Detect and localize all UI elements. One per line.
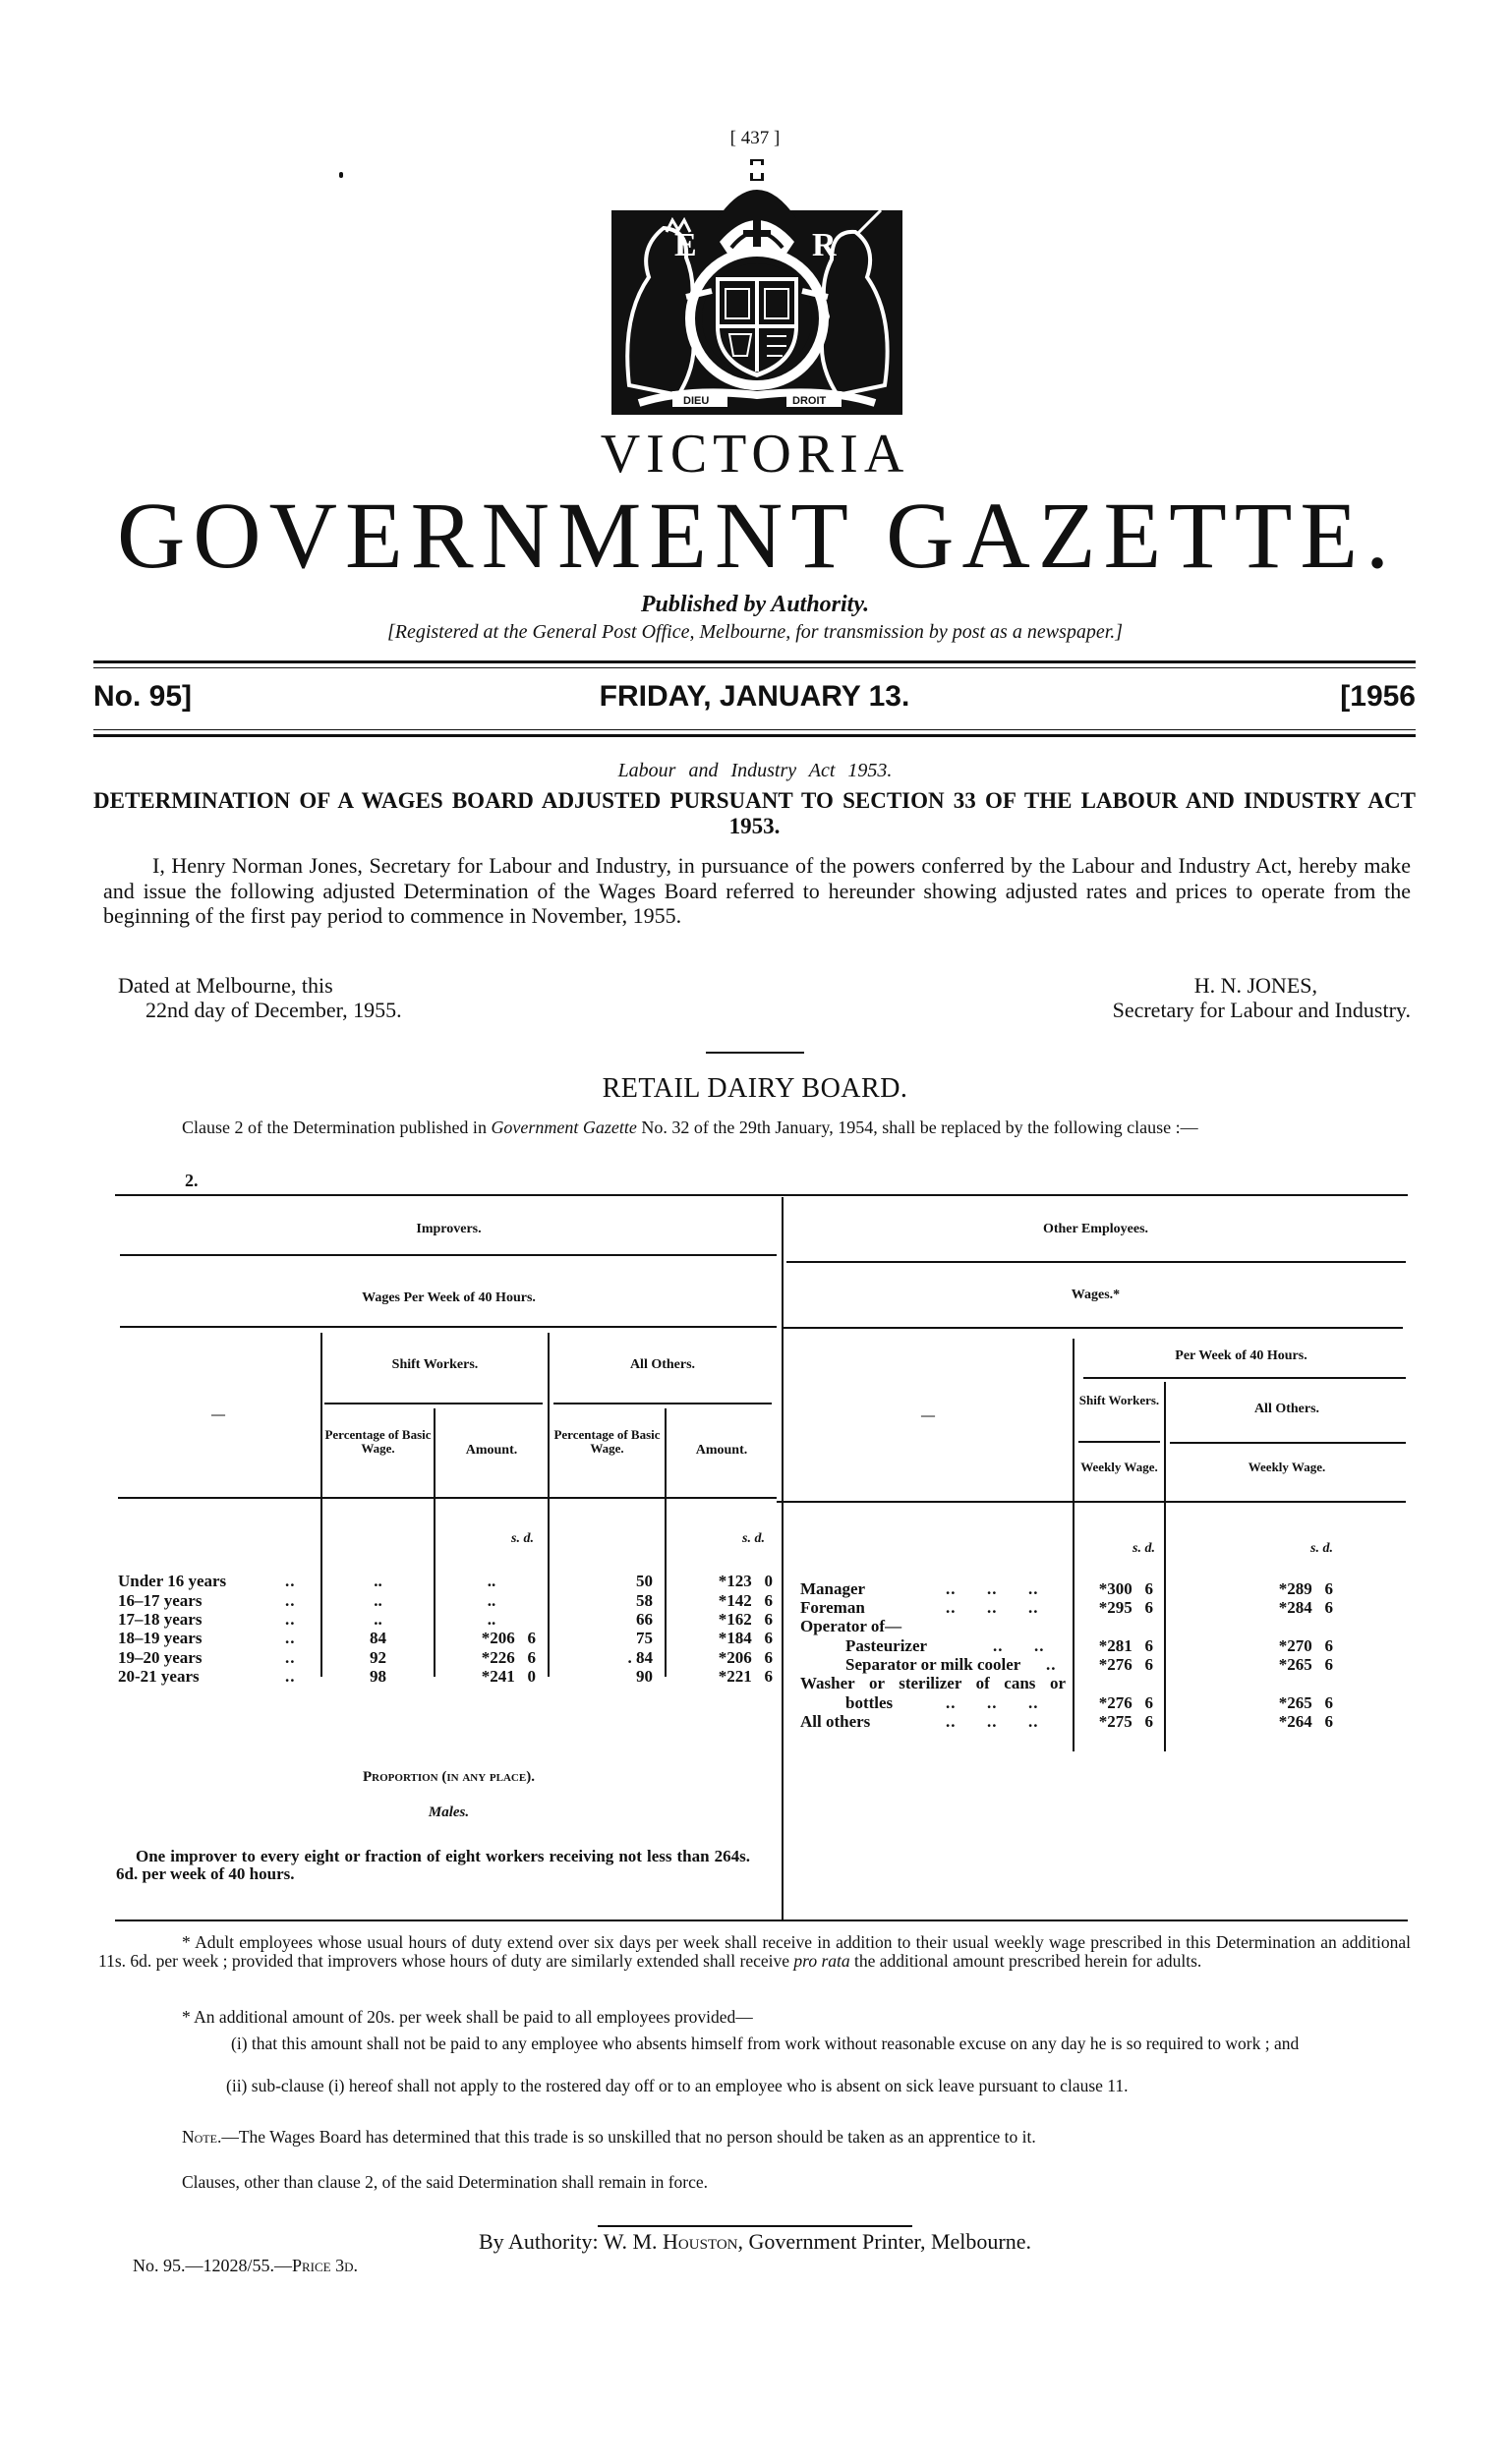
improvers-rule-1 [120, 1254, 777, 1256]
proportion-subheading: Males. [116, 1805, 782, 1820]
row-label: All others [800, 1712, 870, 1732]
row-others-pct: . 84 [550, 1648, 653, 1668]
others-blank-header: — [784, 1408, 1073, 1424]
others-col-rule-others [1170, 1442, 1406, 1444]
masthead-title: GOVERNMENT GAZETTE. [93, 482, 1421, 590]
others-group-rule [1083, 1377, 1406, 1379]
footnote-1-text-2: the additional amount prescribed herein … [850, 1951, 1202, 1971]
row-others-amount: *142 6 [667, 1591, 773, 1611]
improvers-col-amount-others: Amount. [667, 1443, 777, 1459]
clause-intro-gazette: Government Gazette [491, 1117, 636, 1137]
registration-note: [Registered at the General Post Office, … [0, 619, 1510, 645]
row-shift-amount: .. [436, 1591, 548, 1611]
row-others: *265 6 [1166, 1693, 1333, 1713]
row-others-pct: 90 [550, 1667, 653, 1687]
clause-intro-text: Clause 2 of the Determination published … [182, 1117, 491, 1137]
apprentice-note: Note.—The Wages Board has determined tha… [98, 2128, 1411, 2147]
row-leader: .. [285, 1648, 296, 1668]
row-others-pct: 75 [550, 1629, 653, 1648]
row-label: Under 16 years [118, 1572, 226, 1591]
row-label: 17–18 years [118, 1610, 202, 1630]
row-label: bottles [845, 1693, 893, 1713]
improvers-unit-shift: s. d. [436, 1531, 534, 1547]
improvers-col-pct-others: Percentage of Basic Wage. [550, 1428, 665, 1456]
price-ref: No. 95.—12028/55.— [133, 2256, 292, 2275]
row-shift: *281 6 [1074, 1636, 1153, 1656]
row-leader: .. [285, 1591, 296, 1611]
issue-year: [1956 [1340, 680, 1416, 714]
improvers-subtitle: Wages Per Week of 40 Hours. [116, 1290, 782, 1306]
proportion-text: One improver to every eight or fraction … [116, 1848, 750, 1883]
determination-heading: DETERMINATION OF A WAGES BOARD ADJUSTED … [93, 788, 1416, 839]
row-others-amount: *184 6 [667, 1629, 773, 1648]
signatory-name: H. N. JONES, [934, 973, 1411, 998]
row-label: 20-21 years [118, 1667, 200, 1687]
row-others-amount: *123 0 [667, 1572, 773, 1591]
table-center-divider [782, 1197, 784, 1920]
others-col-weekly-others: Weekly Wage. [1166, 1461, 1408, 1474]
row-others: *264 6 [1166, 1712, 1333, 1732]
row-leader: .. [285, 1610, 296, 1630]
row-shift: *300 6 [1074, 1579, 1153, 1599]
improvers-unit-others: s. d. [667, 1531, 765, 1547]
row-shift-amount: *226 6 [436, 1648, 536, 1668]
price-value: Price 3d. [292, 2256, 358, 2275]
footnote-additional-amount: * An additional amount of 20s. per week … [182, 2008, 1411, 2027]
dated-line-1: Dated at Melbourne, this [118, 973, 402, 998]
clause-number: 2. [185, 1171, 199, 1191]
row-shift-pct: 84 [322, 1629, 434, 1648]
row-others-pct: 66 [550, 1610, 653, 1630]
masthead-rule-bottom [93, 734, 1416, 737]
row-leader: .. .. .. [946, 1579, 1039, 1599]
issue-bar: No. 95] FRIDAY, JANUARY 13. [1956 [93, 676, 1416, 719]
section-divider [706, 1052, 804, 1054]
others-unit-others: s. d. [1166, 1541, 1333, 1557]
issue-date: FRIDAY, JANUARY 13. [93, 680, 1416, 714]
board-title: RETAIL DAIRY BOARD. [0, 1073, 1510, 1105]
dated-block: Dated at Melbourne, this 22nd day of Dec… [118, 973, 402, 1022]
note-label: Note. [182, 2127, 221, 2147]
improvers-group-shift: Shift Workers. [322, 1357, 548, 1373]
proportion-heading: Proportion (in any place). [116, 1769, 782, 1785]
row-shift-pct: 92 [322, 1648, 434, 1668]
row-leader: .. [285, 1572, 296, 1591]
royal-coat-of-arms-icon: E R DIEU DROIT [610, 159, 904, 417]
page-number: [ 437 ] [0, 128, 1510, 149]
improvers-header-bottom-rule [118, 1497, 777, 1499]
others-group: Per Week of 40 Hours. [1074, 1348, 1408, 1364]
price-line: No. 95.—12028/55.—Price 3d. [133, 2256, 358, 2276]
row-label: Manager [800, 1579, 865, 1599]
row-shift-pct: .. [322, 1572, 434, 1591]
row-others-pct: 58 [550, 1591, 653, 1611]
others-header-bottom-rule [777, 1501, 1406, 1503]
improvers-col-pct-shift: Percentage of Basic Wage. [322, 1428, 434, 1456]
motto-left: DIEU [683, 395, 709, 407]
row-shift-pct: .. [322, 1610, 434, 1630]
row-others: *289 6 [1166, 1579, 1333, 1599]
others-col-weekly-shift: Weekly Wage. [1074, 1461, 1164, 1474]
row-others-pct: 50 [550, 1572, 653, 1591]
footnote-1-text: * Adult employees whose usual hours of d… [98, 1932, 1411, 1971]
footnote-subclause-i: (i) that this amount shall not be paid t… [231, 2034, 1446, 2053]
masthead-rule-top-thin [93, 667, 1416, 668]
motto-right: DROIT [792, 395, 827, 407]
improvers-group-others: All Others. [550, 1357, 776, 1373]
others-subtitle: Wages.* [784, 1288, 1408, 1303]
improvers-title: Improvers. [116, 1222, 782, 1237]
row-leader: .. .. .. [946, 1598, 1039, 1618]
row-label: 19–20 years [118, 1648, 202, 1668]
row-leader: .. [285, 1667, 296, 1687]
row-others-amount: *162 6 [667, 1610, 773, 1630]
table-top-rule [115, 1194, 1408, 1196]
others-rule-2 [784, 1327, 1403, 1329]
row-leader: .. .. [993, 1636, 1045, 1656]
row-shift-amount: .. [436, 1610, 548, 1630]
others-col-rule-shift [1078, 1441, 1160, 1443]
row-others: *265 6 [1166, 1655, 1333, 1675]
row-leader: .. .. .. [946, 1712, 1039, 1732]
row-leader: .. .. .. [946, 1693, 1039, 1713]
others-title: Other Employees. [784, 1222, 1408, 1237]
imprint-rule [598, 2225, 912, 2227]
row-shift-pct: .. [322, 1591, 434, 1611]
masthead-rule-top [93, 660, 1416, 663]
row-label: Operator of— [800, 1617, 901, 1636]
row-others: *284 6 [1166, 1598, 1333, 1618]
row-others-amount: *221 6 [667, 1667, 773, 1687]
row-label: Pasteurizer [845, 1636, 927, 1656]
signatory-title: Secretary for Labour and Industry. [934, 998, 1411, 1022]
dated-line-2: 22nd day of December, 1955. [118, 998, 402, 1022]
masthead-rule-bottom-thin [93, 729, 1416, 730]
table-bottom-rule [115, 1920, 1408, 1921]
improvers-rule-2 [120, 1326, 777, 1328]
signature-block: H. N. JONES, Secretary for Labour and In… [934, 973, 1411, 1022]
clause-intro-text-2: No. 32 of the 29th January, 1954, shall … [637, 1117, 1198, 1137]
clauses-remain-note: Clauses, other than clause 2, of the sai… [182, 2173, 1411, 2192]
row-leader: .. [1046, 1655, 1057, 1675]
clause-intro: Clause 2 of the Determination published … [98, 1117, 1411, 1137]
improvers-group-rule-others [553, 1403, 772, 1404]
row-label: Foreman [800, 1598, 865, 1618]
printer-name: Houston [663, 2229, 737, 2254]
footnote-adult-employees: * Adult employees whose usual hours of d… [98, 1933, 1411, 1971]
determination-body: I, Henry Norman Jones, Secretary for Lab… [103, 853, 1411, 929]
row-others: *270 6 [1166, 1636, 1333, 1656]
row-label: Separator or milk cooler [845, 1655, 1020, 1675]
note-text: —The Wages Board has determined that thi… [221, 2127, 1035, 2147]
print-mark [339, 172, 343, 178]
footnote-1-italic: pro rata [793, 1951, 849, 1971]
row-label: 16–17 years [118, 1591, 202, 1611]
improvers-col-amount-shift: Amount. [436, 1443, 548, 1459]
row-leader: .. [285, 1629, 296, 1648]
row-shift: *276 6 [1074, 1655, 1153, 1675]
row-label: Washer or sterilizer of cans or [800, 1674, 1066, 1693]
printer-imprint: By Authority: W. M. Houston, Government … [0, 2229, 1510, 2255]
row-shift: *275 6 [1074, 1712, 1153, 1732]
row-shift: *276 6 [1074, 1693, 1153, 1713]
improvers-blank-header: — [116, 1407, 320, 1423]
row-shift-amount: *241 0 [436, 1667, 536, 1687]
footnote-subclause-ii: (ii) sub-clause (i) hereof shall not app… [226, 2077, 1451, 2095]
others-col-others: All Others. [1166, 1402, 1408, 1417]
others-rule-1 [786, 1261, 1406, 1263]
masthead-subtitle: Published by Authority. [0, 590, 1510, 619]
row-others-amount: *206 6 [667, 1648, 773, 1668]
row-shift: *295 6 [1074, 1598, 1153, 1618]
masthead-state: VICTORIA [0, 425, 1510, 484]
row-shift-amount: .. [436, 1572, 548, 1591]
others-col-shift: Shift Workers. [1074, 1394, 1164, 1407]
printer-pre: By Authority: W. M. [479, 2229, 663, 2254]
printer-post: , Government Printer, Melbourne. [738, 2229, 1032, 2254]
row-shift-amount: *206 6 [436, 1629, 536, 1648]
row-label: 18–19 years [118, 1629, 202, 1648]
improvers-group-rule-shift [324, 1403, 543, 1404]
act-title: Labour and Industry Act 1953. [0, 760, 1510, 782]
row-shift-pct: 98 [322, 1667, 434, 1687]
others-unit-shift: s. d. [1074, 1541, 1155, 1557]
